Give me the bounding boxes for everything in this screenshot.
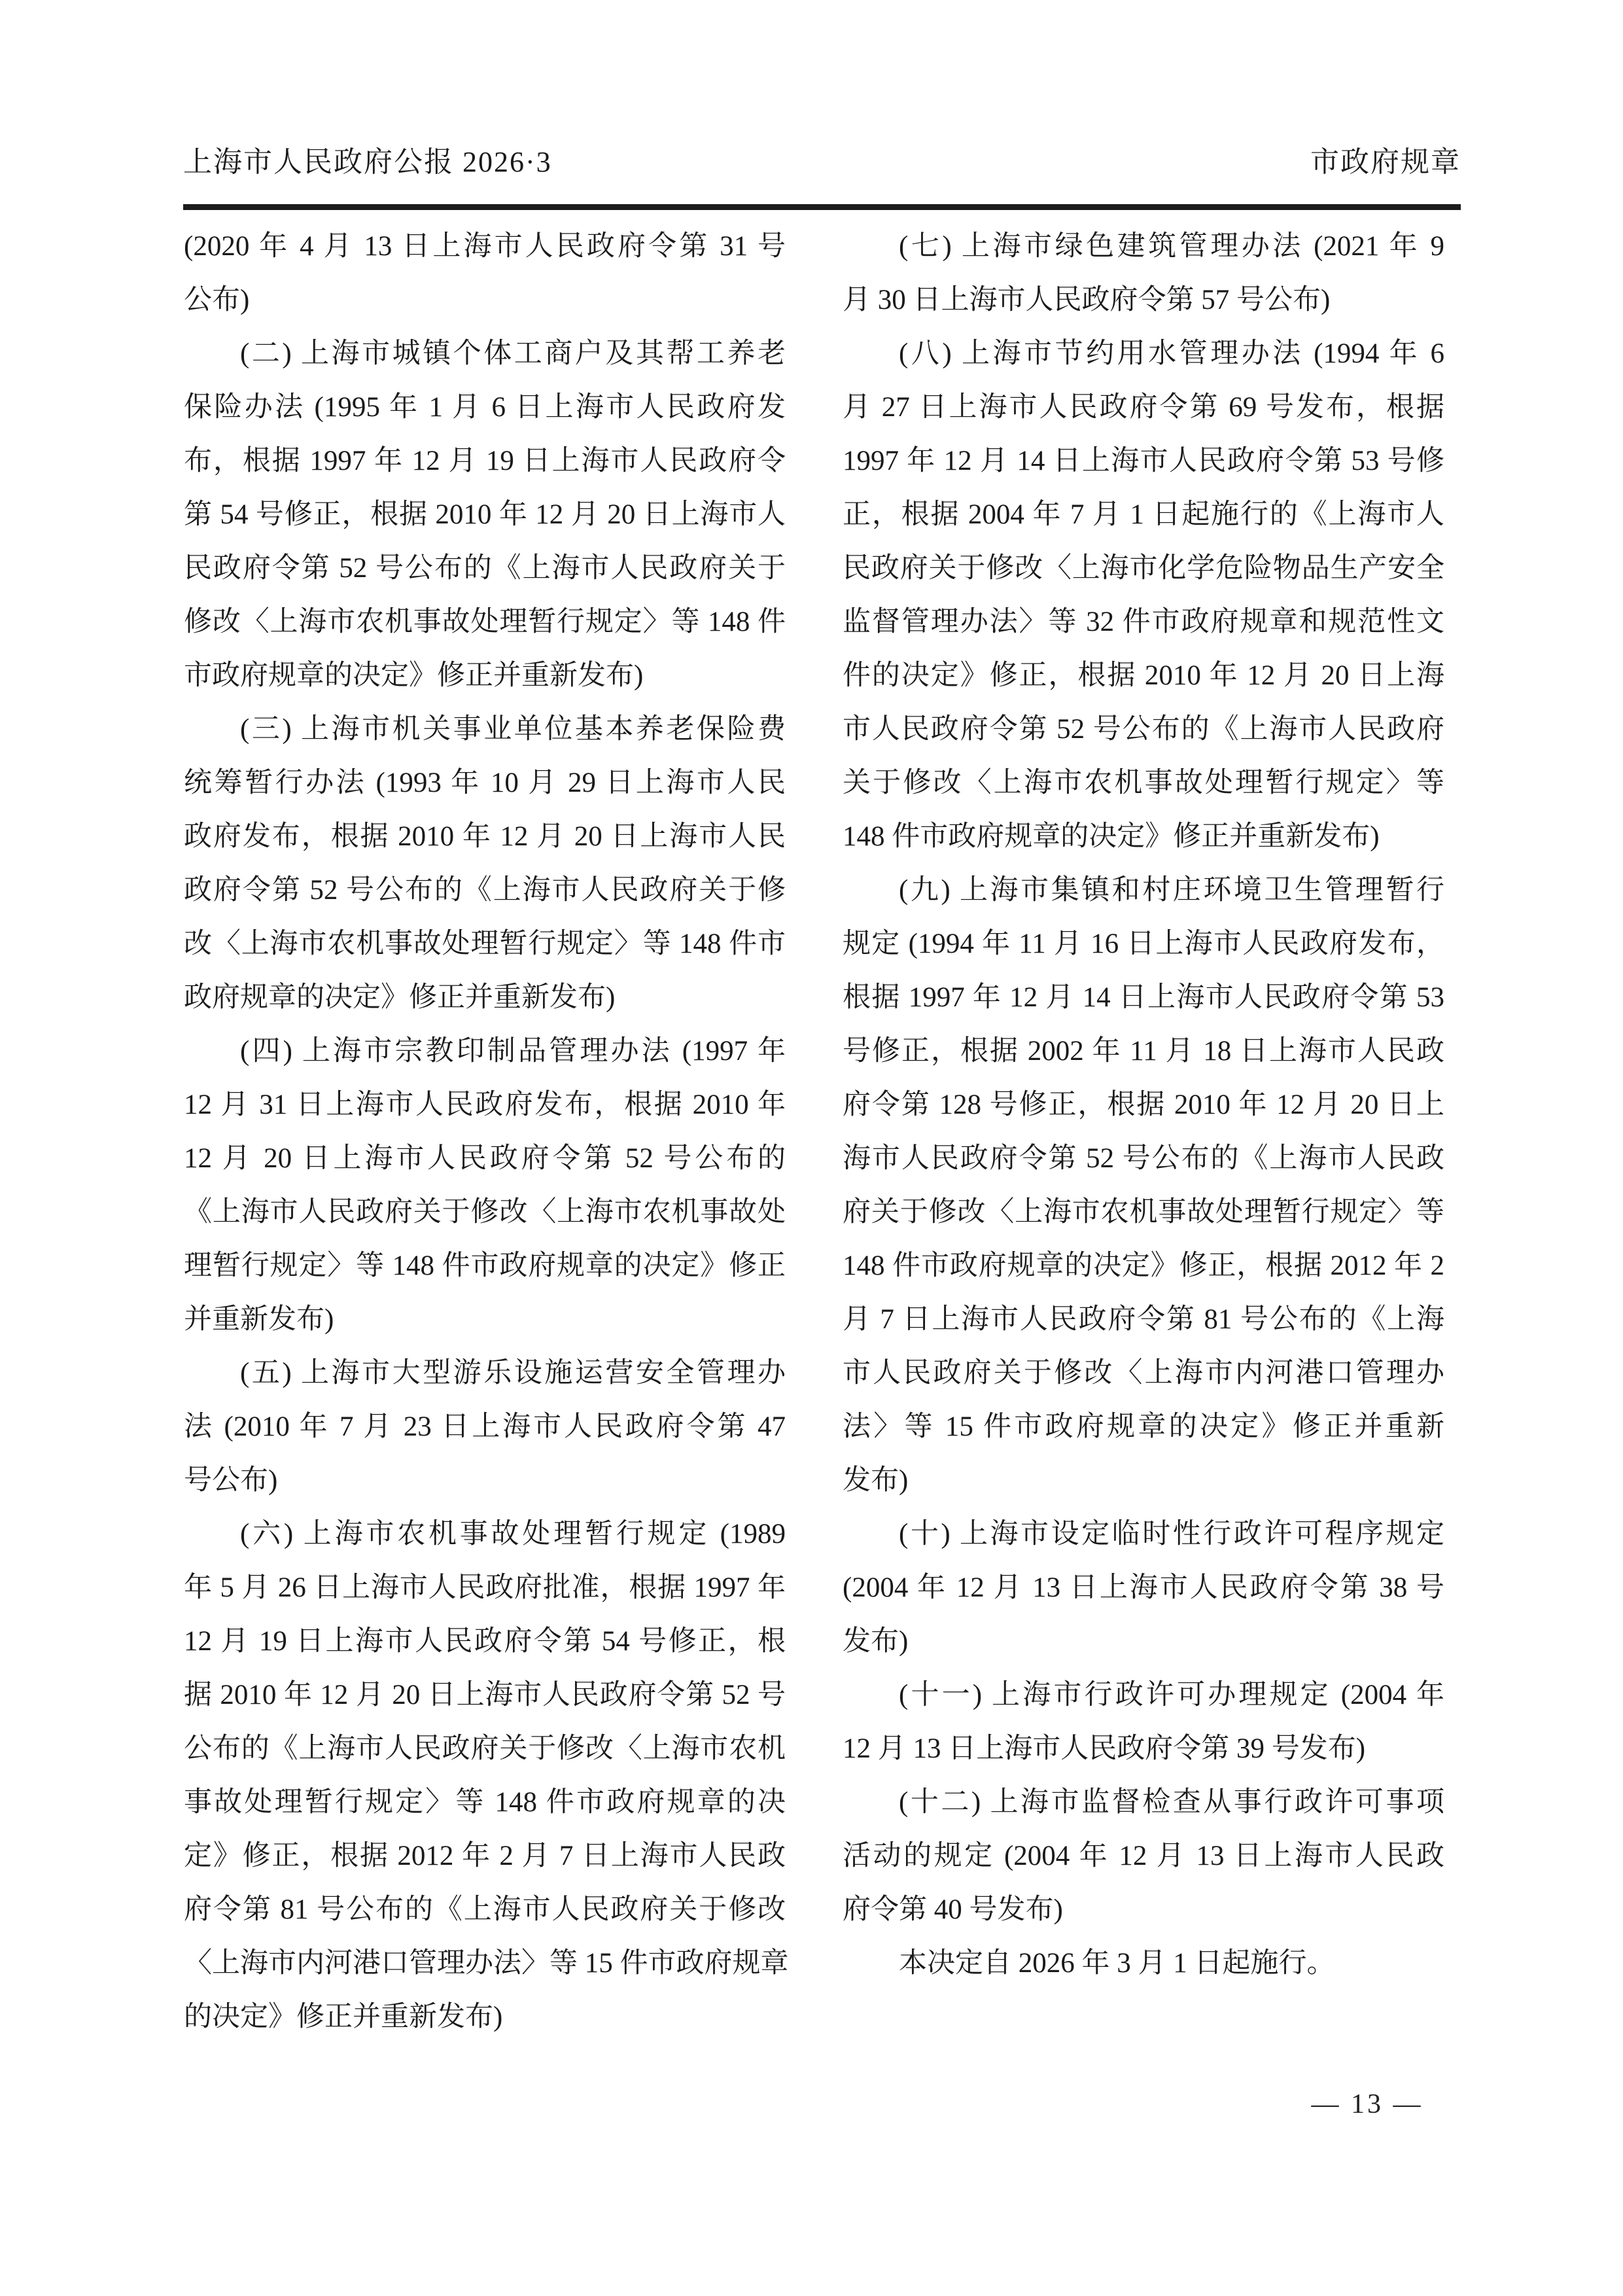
- body-line: 市人民政府令第 52 号公布的《上海市人民政府: [843, 703, 1444, 756]
- body-line: 规定 (1994 年 11 月 16 日上海市人民政府发布，: [843, 917, 1444, 971]
- body-line: 府关于修改〈上海市农机事故处理暂行规定〉等: [843, 1186, 1444, 1239]
- body-line: 〈上海市内河港口管理办法〉等 15 件市政府规章: [184, 1937, 786, 1990]
- gazette-page: 上海市人民政府公报 2026·3 市政府规章 (2020 年 4 月 13 日上…: [0, 0, 1623, 2296]
- body-line: (2004 年 12 月 13 日上海市人民政府令第 38 号: [843, 1561, 1444, 1615]
- body-line: 148 件市政府规章的决定》修正，根据 2012 年 2: [843, 1239, 1444, 1293]
- body-line: 法 (2010 年 7 月 23 日上海市人民政府令第 47: [184, 1400, 786, 1454]
- body-line: (七) 上海市绿色建筑管理办法 (2021 年 9: [843, 220, 1444, 274]
- body-line: 法〉等 15 件市政府规章的决定》修正并重新: [843, 1400, 1444, 1454]
- body-line: (五) 上海市大型游乐设施运营安全管理办: [184, 1347, 786, 1400]
- body-line: 12 月 19 日上海市人民政府令第 54 号修正，根: [184, 1615, 786, 1669]
- body-line: 月 7 日上海市人民政府令第 81 号公布的《上海: [843, 1293, 1444, 1347]
- body-line: (十一) 上海市行政许可办理规定 (2004 年: [843, 1669, 1444, 1722]
- body-line: 据 2010 年 12 月 20 日上海市人民政府令第 52 号: [184, 1669, 786, 1722]
- body-line: 府令第 40 号发布): [843, 1883, 1444, 1937]
- body-line: (2020 年 4 月 13 日上海市人民政府令第 31 号: [184, 220, 786, 274]
- body-line: 月 27 日上海市人民政府令第 69 号发布，根据: [843, 381, 1444, 434]
- body-line: 政府令第 52 号公布的《上海市人民政府关于修: [184, 864, 786, 917]
- body-line: 月 30 日上海市人民政府令第 57 号公布): [843, 274, 1444, 327]
- body-line: 布，根据 1997 年 12 月 19 日上海市人民政府令: [184, 434, 786, 488]
- body-line: 件的决定》修正，根据 2010 年 12 月 20 日上海: [843, 649, 1444, 703]
- body-line: 府令第 81 号公布的《上海市人民政府关于修改: [184, 1883, 786, 1937]
- body-line: (三) 上海市机关事业单位基本养老保险费: [184, 703, 786, 756]
- body-line: (六) 上海市农机事故处理暂行规定 (1989: [184, 1508, 786, 1561]
- body-line: 定》修正，根据 2012 年 2 月 7 日上海市人民政: [184, 1829, 786, 1883]
- body-line: 并重新发布): [184, 1293, 786, 1347]
- body-line: 12 月 31 日上海市人民政府发布，根据 2010 年: [184, 1078, 786, 1132]
- body-line: (四) 上海市宗教印制品管理办法 (1997 年: [184, 1025, 786, 1078]
- body-line: (十) 上海市设定临时性行政许可程序规定: [843, 1508, 1444, 1561]
- body-line: 理暂行规定〉等 148 件市政府规章的决定》修正: [184, 1239, 786, 1293]
- body-line: 本决定自 2026 年 3 月 1 日起施行。: [843, 1937, 1444, 1990]
- body-line: (八) 上海市节约用水管理办法 (1994 年 6: [843, 327, 1444, 381]
- journal-title: 上海市人民政府公报 2026·3: [183, 144, 552, 181]
- section-title: 市政府规章: [1310, 144, 1461, 181]
- right-text-column: (七) 上海市绿色建筑管理办法 (2021 年 9月 30 日上海市人民政府令第…: [843, 220, 1444, 1990]
- body-line: 12 月 13 日上海市人民政府令第 39 号发布): [843, 1722, 1444, 1776]
- body-line: (十二) 上海市监督检查从事行政许可事项: [843, 1776, 1444, 1829]
- left-text-column: (2020 年 4 月 13 日上海市人民政府令第 31 号公布)(二) 上海市…: [184, 220, 786, 2044]
- body-line: 148 件市政府规章的决定》修正并重新发布): [843, 810, 1444, 864]
- page-header: 上海市人民政府公报 2026·3 市政府规章: [183, 143, 1461, 181]
- body-line: 监督管理办法〉等 32 件市政府规章和规范性文: [843, 595, 1444, 649]
- header-divider-rule: [183, 204, 1461, 210]
- body-line: 正，根据 2004 年 7 月 1 日起施行的《上海市人: [843, 488, 1444, 542]
- body-line: 1997 年 12 月 14 日上海市人民政府令第 53 号修: [843, 434, 1444, 488]
- body-line: 号修正，根据 2002 年 11 月 18 日上海市人民政: [843, 1025, 1444, 1078]
- body-line: 保险办法 (1995 年 1 月 6 日上海市人民政府发: [184, 381, 786, 434]
- body-line: 市人民政府关于修改〈上海市内河港口管理办: [843, 1347, 1444, 1400]
- body-line: 民政府关于修改〈上海市化学危险物品生产安全: [843, 542, 1444, 595]
- body-line: 第 54 号修正，根据 2010 年 12 月 20 日上海市人: [184, 488, 786, 542]
- body-line: 号公布): [184, 1454, 786, 1508]
- body-line: 的决定》修正并重新发布): [184, 1990, 786, 2044]
- body-line: 市政府规章的决定》修正并重新发布): [184, 649, 786, 703]
- body-line: (九) 上海市集镇和村庄环境卫生管理暂行: [843, 864, 1444, 917]
- body-line: 统筹暂行办法 (1993 年 10 月 29 日上海市人民: [184, 756, 786, 810]
- body-line: 活动的规定 (2004 年 12 月 13 日上海市人民政: [843, 1829, 1444, 1883]
- body-line: (二) 上海市城镇个体工商户及其帮工养老: [184, 327, 786, 381]
- body-line: 修改〈上海市农机事故处理暂行规定〉等 148 件: [184, 595, 786, 649]
- body-line: 海市人民政府令第 52 号公布的《上海市人民政: [843, 1132, 1444, 1186]
- body-line: 公布的《上海市人民政府关于修改〈上海市农机: [184, 1722, 786, 1776]
- body-line: 发布): [843, 1454, 1444, 1508]
- body-line: 政府规章的决定》修正并重新发布): [184, 971, 786, 1025]
- page-number: — 13 —: [1282, 2085, 1452, 2124]
- body-line: 年 5 月 26 日上海市人民政府批准，根据 1997 年: [184, 1561, 786, 1615]
- body-line: 事故处理暂行规定〉等 148 件市政府规章的决: [184, 1776, 786, 1829]
- body-line: 发布): [843, 1615, 1444, 1669]
- body-line: 公布): [184, 274, 786, 327]
- body-line: 改〈上海市农机事故处理暂行规定〉等 148 件市: [184, 917, 786, 971]
- body-line: 关于修改〈上海市农机事故处理暂行规定〉等: [843, 756, 1444, 810]
- body-line: 《上海市人民政府关于修改〈上海市农机事故处: [184, 1186, 786, 1239]
- body-line: 12 月 20 日上海市人民政府令第 52 号公布的: [184, 1132, 786, 1186]
- body-line: 根据 1997 年 12 月 14 日上海市人民政府令第 53: [843, 971, 1444, 1025]
- body-line: 府令第 128 号修正，根据 2010 年 12 月 20 日上: [843, 1078, 1444, 1132]
- body-line: 政府发布，根据 2010 年 12 月 20 日上海市人民: [184, 810, 786, 864]
- body-line: 民政府令第 52 号公布的《上海市人民政府关于: [184, 542, 786, 595]
